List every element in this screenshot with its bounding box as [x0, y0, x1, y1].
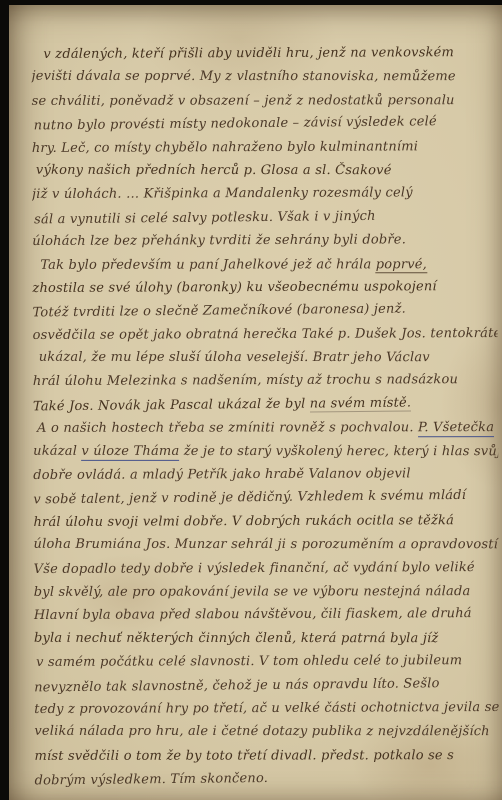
- text-segment: ukázal, že mu lépe sluší úloha veselejší…: [39, 350, 430, 365]
- underlined-text: v úloze Tháma: [81, 443, 179, 460]
- text-segment: tedy z provozování hry po třetí, ač u ve…: [34, 700, 499, 717]
- text-segment: nevyznělo tak slavnostně, čehož je u nás…: [34, 676, 440, 695]
- text-segment: Také Jos. Novák jak Pascal ukázal že byl: [33, 396, 310, 414]
- handwritten-line: Vše dopadlo tedy dobře i výsledek finanč…: [34, 556, 499, 581]
- handwritten-line: hry. Leč, co místy chybělo nahraženo byl…: [32, 135, 497, 160]
- handwritten-line: v samém počátku celé slavnosti. V tom oh…: [36, 649, 499, 674]
- text-segment: veliká nálada pro hru, ale i četné dotaz…: [34, 724, 489, 739]
- text-segment: Hlavní byla obava před slabou návštěvou,…: [34, 606, 472, 623]
- text-segment: A o našich hostech třeba se zmíniti rovn…: [37, 420, 418, 436]
- text-segment: v zdálených, kteří přišli aby uviděli hr…: [43, 45, 454, 62]
- handwritten-line: A o našich hostech třeba se zmíniti rovn…: [37, 416, 498, 440]
- text-segment: se chváliti, poněvadž v obsazení – jenž …: [32, 93, 455, 109]
- handwritten-line: hrál úlohu svoji velmi dobře. V dobrých …: [33, 509, 498, 534]
- handwritten-line: hrál úlohu Melezinka s nadšením, místy a…: [33, 368, 498, 393]
- handwritten-line: Hlavní byla obava před slabou návštěvou,…: [34, 602, 499, 627]
- text-segment: byla i nechuť některých činných členů, k…: [34, 631, 439, 646]
- handwritten-line: úloha Brumiána Jos. Munzar sehrál ji s p…: [34, 533, 499, 557]
- handwritten-line: tedy z provozování hry po třetí, ač u ve…: [34, 696, 499, 721]
- handwritten-line: nutno bylo provésti místy nedokonale – z…: [34, 110, 497, 138]
- text-segment: zhostila se své úlohy (baronky) ku všeob…: [32, 279, 436, 296]
- handwritten-line: Tak bylo především u paní Jahelkové jež …: [40, 253, 497, 277]
- text-segment: Tak bylo především u paní Jahelkové jež …: [40, 257, 375, 273]
- text-segment: hrál úlohu Melezinka s nadšením, místy a…: [33, 373, 458, 390]
- text-segment: hry. Leč, co místy chybělo nahraženo byl…: [32, 139, 418, 156]
- text-segment: byl skvělý, ale pro opakování jevila se …: [34, 584, 471, 600]
- text-segment: Totéž tvrditi lze o slečně Zamečníkové (…: [32, 302, 406, 321]
- handwritten-line: úlohách lze bez přehánky tvrditi že sehr…: [32, 228, 497, 253]
- text-segment: již v úlohách. … Křišpinka a Mandalenky …: [32, 186, 413, 203]
- handwritten-line: Totéž tvrditi lze o slečně Zamečníkové (…: [32, 297, 497, 325]
- handwritten-line: dobrým výsledkem. Tím skončeno.: [34, 765, 499, 793]
- underlined-text: na svém místě.: [310, 395, 412, 412]
- text-segment: v samém počátku celé slavnosti. V tom oh…: [36, 653, 462, 670]
- manuscript-page: v zdálených, kteří přišli aby uviděli hr…: [9, 5, 502, 800]
- text-segment: v sobě talent, jenž v rodině je dědičný.…: [33, 488, 466, 508]
- text-segment: úlohách lze bez přehánky tvrditi že sehr…: [32, 233, 406, 250]
- text-segment: hrál úlohu svoji velmi dobře. V dobrých …: [33, 513, 454, 530]
- text-segment: dobrým výsledkem. Tím skončeno.: [34, 771, 268, 788]
- text-segment: sál a vynutili si celé salvy potlesku. V…: [34, 209, 376, 228]
- handwritten-text: v zdálených, kteří přišli aby uviděli hr…: [31, 41, 499, 800]
- handwritten-line: osvědčila se opět jako obratná herečka T…: [33, 322, 498, 347]
- handwritten-line: ukázal v úloze Tháma že je to starý vyšk…: [33, 439, 498, 463]
- text-segment: jevišti dávala se poprvé. My z vlastního…: [31, 69, 455, 84]
- text-segment: osvědčila se opět jako obratná herečka T…: [33, 326, 500, 343]
- handwritten-line: nevyznělo tak slavnostně, čehož je u nás…: [34, 671, 499, 699]
- handwritten-line: v zdálených, kteří přišli aby uviděli hr…: [43, 41, 496, 66]
- text-segment: dobře ovládá. a mladý Petřík jako hrabě …: [33, 466, 411, 483]
- text-segment: výkony našich předních herců p. Glosa a …: [36, 163, 392, 178]
- handwritten-line: byl skvělý, ale pro opakování jevila se …: [34, 580, 499, 604]
- handwritten-line: v sobě talent, jenž v rodině je dědičný.…: [33, 484, 498, 512]
- handwritten-line: již v úlohách. … Křišpinka a Mandalenky …: [32, 181, 497, 206]
- handwritten-line: Také Jos. Novák jak Pascal ukázal že byl…: [33, 390, 498, 418]
- text-segment: úloha Brumiána Jos. Munzar sehrál ji s p…: [34, 537, 498, 552]
- handwritten-line: byla i nechuť některých činných členů, k…: [34, 627, 499, 651]
- underlined-text: P. Všetečka: [418, 420, 494, 437]
- text-segment: míst svědčili o tom že by toto třetí div…: [34, 748, 454, 764]
- photographed-manuscript: v zdálených, kteří přišli aby uviděli hr…: [0, 0, 502, 800]
- handwritten-line: sál a vynutili si celé salvy potlesku. V…: [34, 203, 497, 231]
- text-segment: že je to starý vyškolený herec, který i …: [179, 444, 499, 459]
- text-segment: ukázal: [33, 443, 81, 458]
- text-segment: Vše dopadlo tedy dobře i výsledek finanč…: [34, 560, 475, 577]
- handwritten-line: ukázal, že mu lépe sluší úloha veselejší…: [39, 346, 498, 370]
- handwritten-line: výkony našich předních herců p. Glosa a …: [36, 159, 497, 183]
- underlined-text: poprvé,: [376, 257, 427, 273]
- text-segment: nutno bylo provésti místy nedokonale – z…: [34, 114, 437, 133]
- handwritten-line: veliká nálada pro hru, ale i četné dotaz…: [34, 720, 499, 744]
- handwritten-line: jevišti dávala se poprvé. My z vlastního…: [31, 65, 496, 89]
